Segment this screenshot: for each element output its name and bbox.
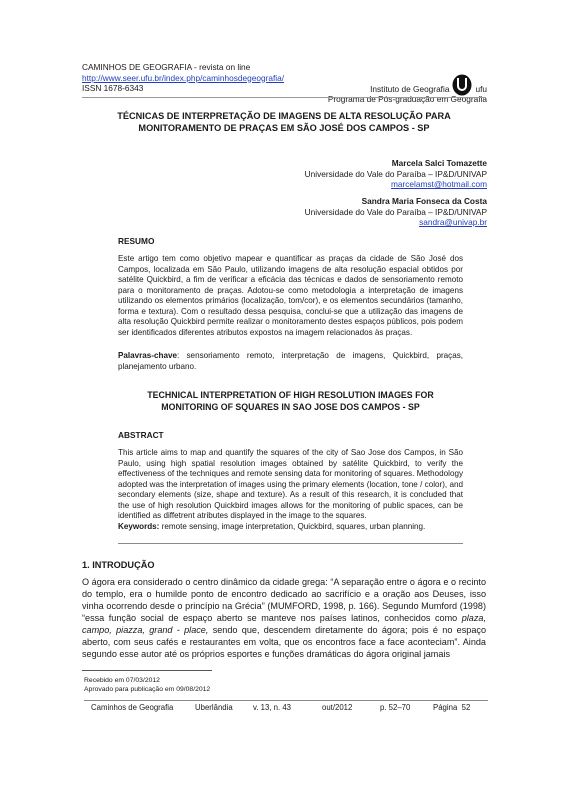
footer-city: Uberlândia — [195, 703, 253, 714]
title-en-line-2: MONITORING OF SQUARES IN SAO JOSE DOS CA… — [118, 402, 463, 414]
journal-name: CAMINHOS DE GEOGRAFIA - revista on line — [82, 62, 284, 73]
keywords-list: remote sensing, image interpretation, Qu… — [159, 522, 425, 531]
footnote-divider — [82, 670, 212, 671]
keywords-label: Keywords: — [118, 522, 159, 531]
institute-name: Instituto de Geografia — [370, 84, 449, 95]
title-line-1: TÉCNICAS DE INTERPRETAÇÃO DE IMAGENS DE … — [82, 110, 486, 122]
footer-divider — [84, 700, 488, 701]
author-block-2: Sandra Maria Fonseca da Costa Universida… — [305, 196, 487, 228]
author-affiliation: Universidade do Vale do Paraíba – IP&D/U… — [305, 169, 487, 180]
section-heading-introducao: 1. INTRODUÇÃO — [82, 560, 154, 570]
author-name: Sandra Maria Fonseca da Costa — [305, 196, 487, 207]
page-label: Página — [433, 703, 457, 712]
logo-label: ufu — [475, 84, 487, 95]
resumo-heading: RESUMO — [118, 236, 154, 246]
footer-pages: p. 52–70 — [380, 703, 433, 714]
intro-paragraph: O ágora era considerado o centro dinâmic… — [82, 576, 486, 660]
approved-date: Aprovado para publicação em 09/08/2012 — [84, 685, 210, 694]
footer-volume: v. 13, n. 43 — [253, 703, 322, 714]
issn: ISSN 1678-6343 — [82, 83, 284, 94]
intro-text-a: O ágora era considerado o centro dinâmic… — [82, 577, 486, 623]
header-divider — [82, 97, 486, 98]
ufu-logo-icon — [452, 74, 472, 96]
abstract-heading: ABSTRACT — [118, 430, 164, 440]
author-block-1: Marcela Salci Tomazette Universidade do … — [305, 158, 487, 190]
palavras-chave: Palavras-chave: sensoriamento remoto, in… — [118, 351, 463, 372]
resumo-text: Este artigo tem como objetivo mapear e q… — [118, 254, 463, 338]
page-footer: Caminhos de Geografia Uberlândia v. 13, … — [84, 703, 488, 714]
received-date: Recebido em 07/03/2012 — [84, 676, 210, 685]
paper-title-en: TECHNICAL INTERPRETATION OF HIGH RESOLUT… — [118, 390, 463, 413]
keywords-label: Palavras-chave — [118, 351, 177, 360]
paper-title-pt: TÉCNICAS DE INTERPRETAÇÃO DE IMAGENS DE … — [82, 110, 486, 134]
abstract-text: This article aims to map and quantify th… — [118, 448, 463, 522]
author-name: Marcela Salci Tomazette — [305, 158, 487, 169]
footer-journal: Caminhos de Geografia — [84, 703, 195, 714]
journal-url-link[interactable]: http://www.seer.ufu.br/index.php/caminho… — [82, 73, 284, 83]
footer-page: Página 52 — [433, 703, 483, 714]
author-email-link[interactable]: sandra@univap.br — [419, 217, 487, 227]
author-affiliation: Universidade do Vale do Paraíba – IP&D/U… — [305, 207, 487, 218]
institute-header: Instituto de Geografia ufu Programa de P… — [328, 72, 487, 105]
page-number: 52 — [462, 703, 471, 712]
footer-date: out/2012 — [322, 703, 380, 714]
journal-header: CAMINHOS DE GEOGRAFIA - revista on line … — [82, 62, 284, 94]
footnote: Recebido em 07/03/2012 Aprovado para pub… — [84, 676, 210, 694]
title-line-2: MONITORAMENTO DE PRAÇAS EM SÃO JOSÉ DOS … — [82, 122, 486, 134]
author-email-link[interactable]: marcelamst@hotmail.com — [391, 179, 487, 189]
title-en-line-1: TECHNICAL INTERPRETATION OF HIGH RESOLUT… — [118, 390, 463, 402]
abstract-divider — [118, 543, 463, 544]
keywords: Keywords: remote sensing, image interpre… — [118, 522, 463, 533]
